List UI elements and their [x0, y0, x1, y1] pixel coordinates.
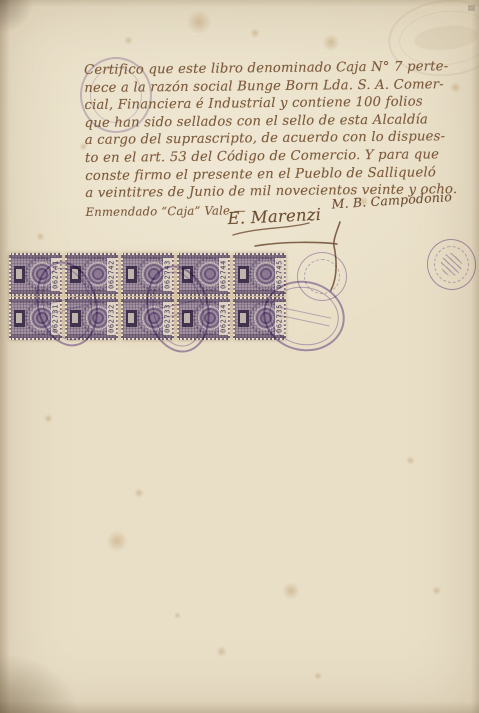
- stamp-value-box: [14, 266, 25, 283]
- corner-shadow: [0, 653, 80, 713]
- handwritten-certification: Certifico que este libro denominado Caja…: [84, 58, 479, 221]
- stain-spot: [250, 28, 260, 38]
- stamp-value-box: [238, 266, 249, 283]
- stain-spot: [216, 646, 227, 657]
- stain-spot: [432, 586, 441, 595]
- stain-spot: [186, 10, 212, 34]
- stain-spot: [322, 34, 340, 51]
- stain-spot: [44, 414, 53, 423]
- stamp-value-box: [238, 310, 249, 327]
- stain-spot: [314, 672, 322, 680]
- stain-spot: [124, 36, 133, 45]
- stamp-value-box: [126, 266, 137, 283]
- stain-spot: [174, 612, 181, 619]
- scan-edge-artifact: [468, 5, 475, 11]
- round-rubber-stamp-center: [297, 252, 347, 301]
- stain-spot: [406, 456, 415, 465]
- stain-spot: [106, 530, 128, 552]
- stain-spot: [134, 488, 144, 498]
- round-rubber-stamp-alcaldia: [422, 234, 479, 294]
- stamp-value-box: [126, 310, 137, 327]
- stamp-serial-number: 062732: [107, 302, 116, 335]
- document-page: Certifico que este libro denominado Caja…: [0, 0, 479, 713]
- stamp-serial-number: 062744: [219, 258, 228, 291]
- stamp-serial-number: 062734: [219, 302, 228, 335]
- stain-spot: [36, 232, 45, 241]
- corner-shadow: [0, 0, 34, 34]
- stain-spot: [282, 582, 300, 600]
- stamp-value-box: [14, 310, 25, 327]
- stamp-serial-number: 062742: [107, 258, 116, 291]
